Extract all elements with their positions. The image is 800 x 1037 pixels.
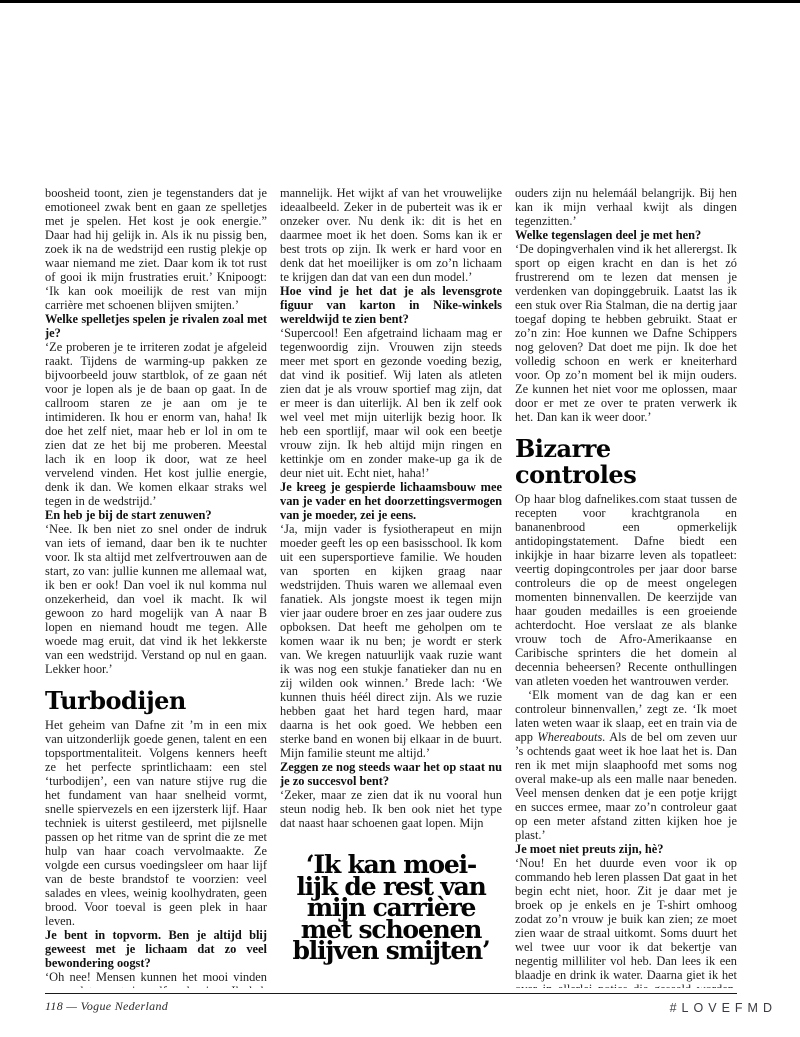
- text-run: ‘Ja, mijn vader is fysiotherapeut en mij…: [280, 522, 502, 760]
- article-paragraph: ‘Elk moment van de dag kan er een contro…: [515, 688, 737, 842]
- section-heading: Turbodijen: [45, 688, 267, 714]
- article-paragraph: ‘Oh nee! Mensen kunnen het mooi vinden m…: [45, 970, 267, 988]
- article-paragraph: ‘Supercool! Een afgetraind lichaam mag e…: [280, 326, 502, 480]
- interview-question: Je moet niet preuts zijn, hè?: [515, 842, 737, 856]
- article-column: boosheid toont, zien je tegenstanders da…: [45, 186, 267, 988]
- text-run: ‘Oh nee! Mensen kunnen het mooi vinden m…: [45, 970, 267, 988]
- text-run: mannelijk. Het wijkt af van het vrouweli…: [280, 186, 502, 284]
- article-column: mannelijk. Het wijkt af van het vrouweli…: [280, 186, 502, 988]
- text-run: ‘De dopingverhalen vind ik het allerergs…: [515, 242, 737, 424]
- article-paragraph: Het geheim van Dafne zit ’m in een mix v…: [45, 718, 267, 928]
- text-run: boosheid toont, zien je tegenstanders da…: [45, 186, 267, 312]
- text-run: Het geheim van Dafne zit ’m in een mix v…: [45, 718, 267, 928]
- interview-question: Hoe vind je het dat je als levensgrote f…: [280, 284, 502, 326]
- article-paragraph: ‘Nou! En het duurde even voor ik op comm…: [515, 856, 737, 988]
- interview-question: Welke tegenslagen deel je met hen?: [515, 228, 737, 242]
- article-paragraph: ‘Nee. Ik ben niet zo snel onder de indru…: [45, 522, 267, 676]
- article-paragraph: ‘Ze proberen je te irriteren zodat je af…: [45, 340, 267, 508]
- article-paragraph: ouders zijn nu helemáál belangrijk. Bij …: [515, 186, 737, 228]
- pull-quote: ‘Ik kan moei- lijk de rest van mijn carr…: [280, 854, 502, 962]
- text-run: ‘Supercool! Een afgetraind lichaam mag e…: [280, 326, 502, 480]
- article-paragraph: boosheid toont, zien je tegenstanders da…: [45, 186, 267, 312]
- magazine-page: boosheid toont, zien je tegenstanders da…: [0, 0, 800, 1037]
- text-run: ‘Zeker, maar ze zien dat ik nu vooral hu…: [280, 788, 502, 830]
- text-run: Als de bel om zeven uur ’s ochtends gaat…: [515, 730, 737, 842]
- text-run: ouders zijn nu helemáál belangrijk. Bij …: [515, 186, 737, 228]
- page-number-folio: 118 — Vogue Nederland: [45, 999, 168, 1014]
- interview-question: Zeggen ze nog steeds waar het op staat n…: [280, 760, 502, 788]
- article-column: ouders zijn nu helemáál belangrijk. Bij …: [515, 186, 737, 988]
- watermark-lovefmd: #LOVEFMD: [670, 1001, 777, 1015]
- footer-rule: [45, 993, 737, 994]
- text-run: ‘Nou! En het duurde even voor ik op comm…: [515, 856, 737, 988]
- article-paragraph: ‘De dopingverhalen vind ik het allerergs…: [515, 242, 737, 424]
- text-run: ‘Nee. Ik ben niet zo snel onder de indru…: [45, 522, 267, 676]
- text-run: Op haar blog dafnelikes.com staat tussen…: [515, 492, 737, 688]
- article-paragraph: mannelijk. Het wijkt af van het vrouweli…: [280, 186, 502, 284]
- text-run: ‘Ze proberen je te irriteren zodat je af…: [45, 340, 267, 508]
- page-top-edge: [0, 0, 800, 3]
- article-body: boosheid toont, zien je tegenstanders da…: [45, 186, 737, 988]
- interview-question: Je kreeg je gespierde lichaamsbouw mee v…: [280, 480, 502, 522]
- article-paragraph: ‘Ja, mijn vader is fysiotherapeut en mij…: [280, 522, 502, 760]
- interview-question: Je bent in topvorm. Ben je altijd blij g…: [45, 928, 267, 970]
- interview-question: En heb je bij de start zenuwen?: [45, 508, 267, 522]
- section-heading: Bizarre controles: [515, 436, 737, 488]
- article-paragraph: Op haar blog dafnelikes.com staat tussen…: [515, 492, 737, 688]
- interview-question: Welke spelletjes spelen je rivalen zoal …: [45, 312, 267, 340]
- italic-text: Whereabouts.: [537, 730, 605, 744]
- article-paragraph: ‘Zeker, maar ze zien dat ik nu vooral hu…: [280, 788, 502, 830]
